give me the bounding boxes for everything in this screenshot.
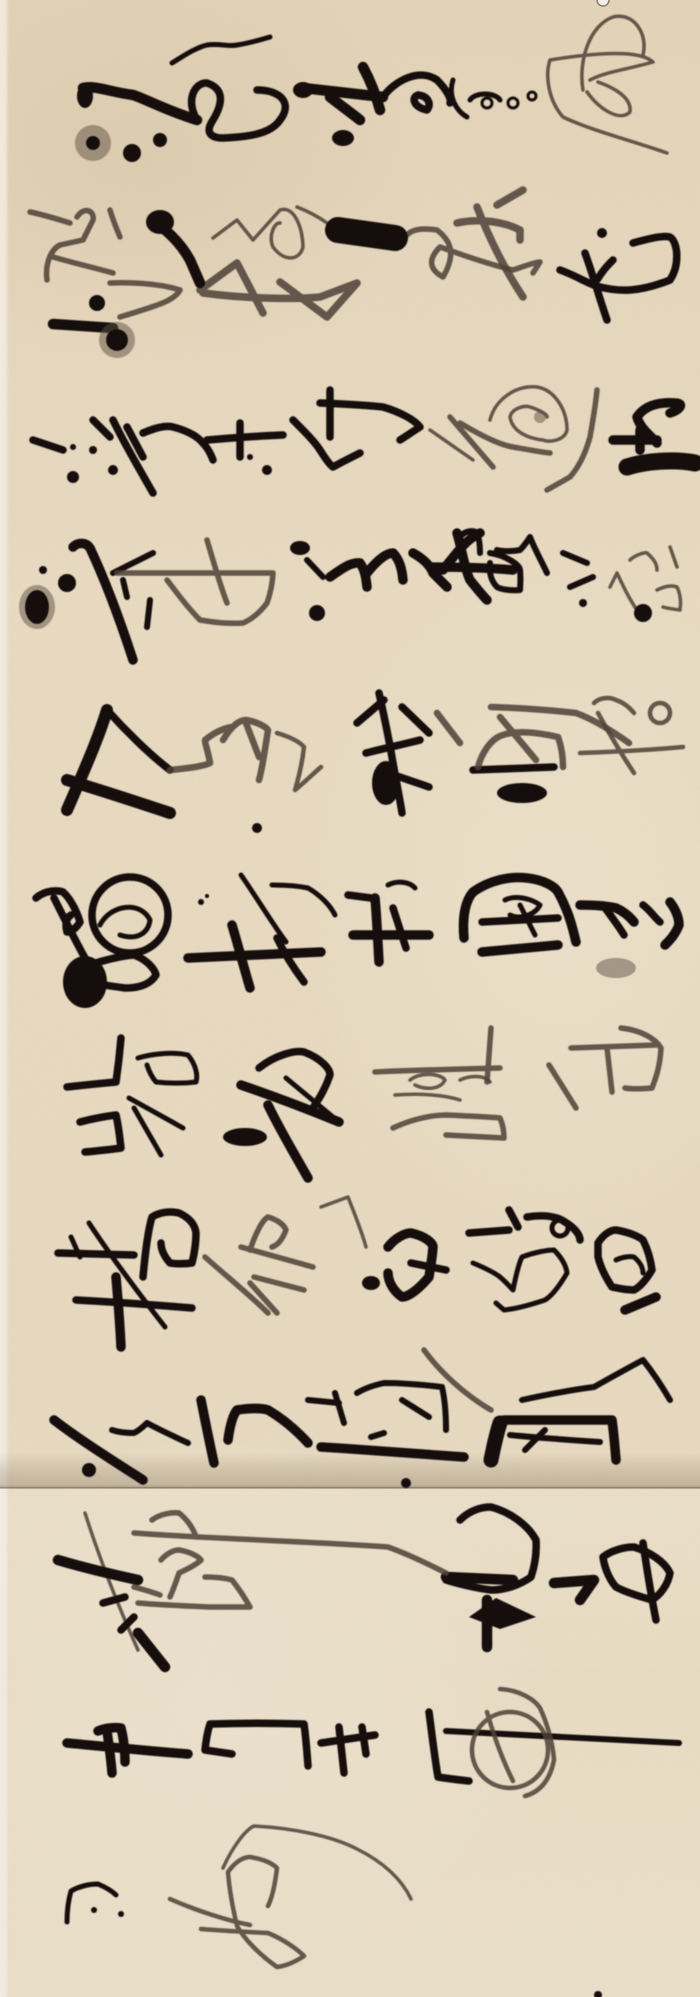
paper-grain-texture: [0, 0, 700, 1997]
ink-dot: [205, 894, 209, 898]
ink-dot: [86, 136, 100, 150]
brush-strokes: [491, 1423, 500, 1460]
ink-dot: [67, 471, 79, 483]
ink-blot: [25, 590, 49, 624]
ink-dot: [309, 605, 325, 621]
ink-dot: [89, 295, 105, 311]
ink-dot: [579, 599, 587, 607]
ink-dot: [58, 574, 76, 592]
ink-blot: [146, 210, 174, 234]
ink-dot: [123, 144, 141, 162]
calligraphy-artwork: [0, 0, 700, 1997]
ink-dot: [106, 329, 128, 351]
ink-blot: [338, 230, 395, 238]
ink-dot: [401, 1478, 411, 1488]
ink-dot: [198, 899, 204, 905]
ink-dot: [153, 133, 167, 147]
ink-dot: [82, 1463, 96, 1477]
ink-dot: [262, 465, 272, 475]
ink-blot: [63, 956, 107, 1008]
ink-dot: [70, 444, 76, 450]
ink-blot: [77, 84, 93, 108]
ink-dot: [89, 446, 97, 454]
ink-blot: [362, 1276, 380, 1290]
ink-dot: [252, 823, 262, 833]
ink-dot: [247, 454, 253, 460]
ink-blot: [372, 761, 400, 805]
ink-dot: [597, 228, 607, 238]
ink-blot: [290, 541, 310, 555]
ink-blot: [497, 783, 547, 803]
ink-dot: [39, 566, 47, 574]
ink-dot: [108, 465, 118, 475]
ink-smudge: [596, 958, 636, 978]
ink-dot: [634, 604, 652, 622]
ink-dot: [91, 1907, 97, 1913]
ink-dot: [118, 1911, 124, 1917]
ink-bleed: [534, 411, 546, 423]
calligraphy-scroll: [0, 0, 700, 1997]
ink-blot: [627, 461, 695, 467]
hanging-ring-icon: [597, 0, 609, 6]
ink-blot: [223, 1128, 267, 1146]
ink-blot: [293, 82, 313, 98]
ink-blot: [332, 130, 354, 146]
